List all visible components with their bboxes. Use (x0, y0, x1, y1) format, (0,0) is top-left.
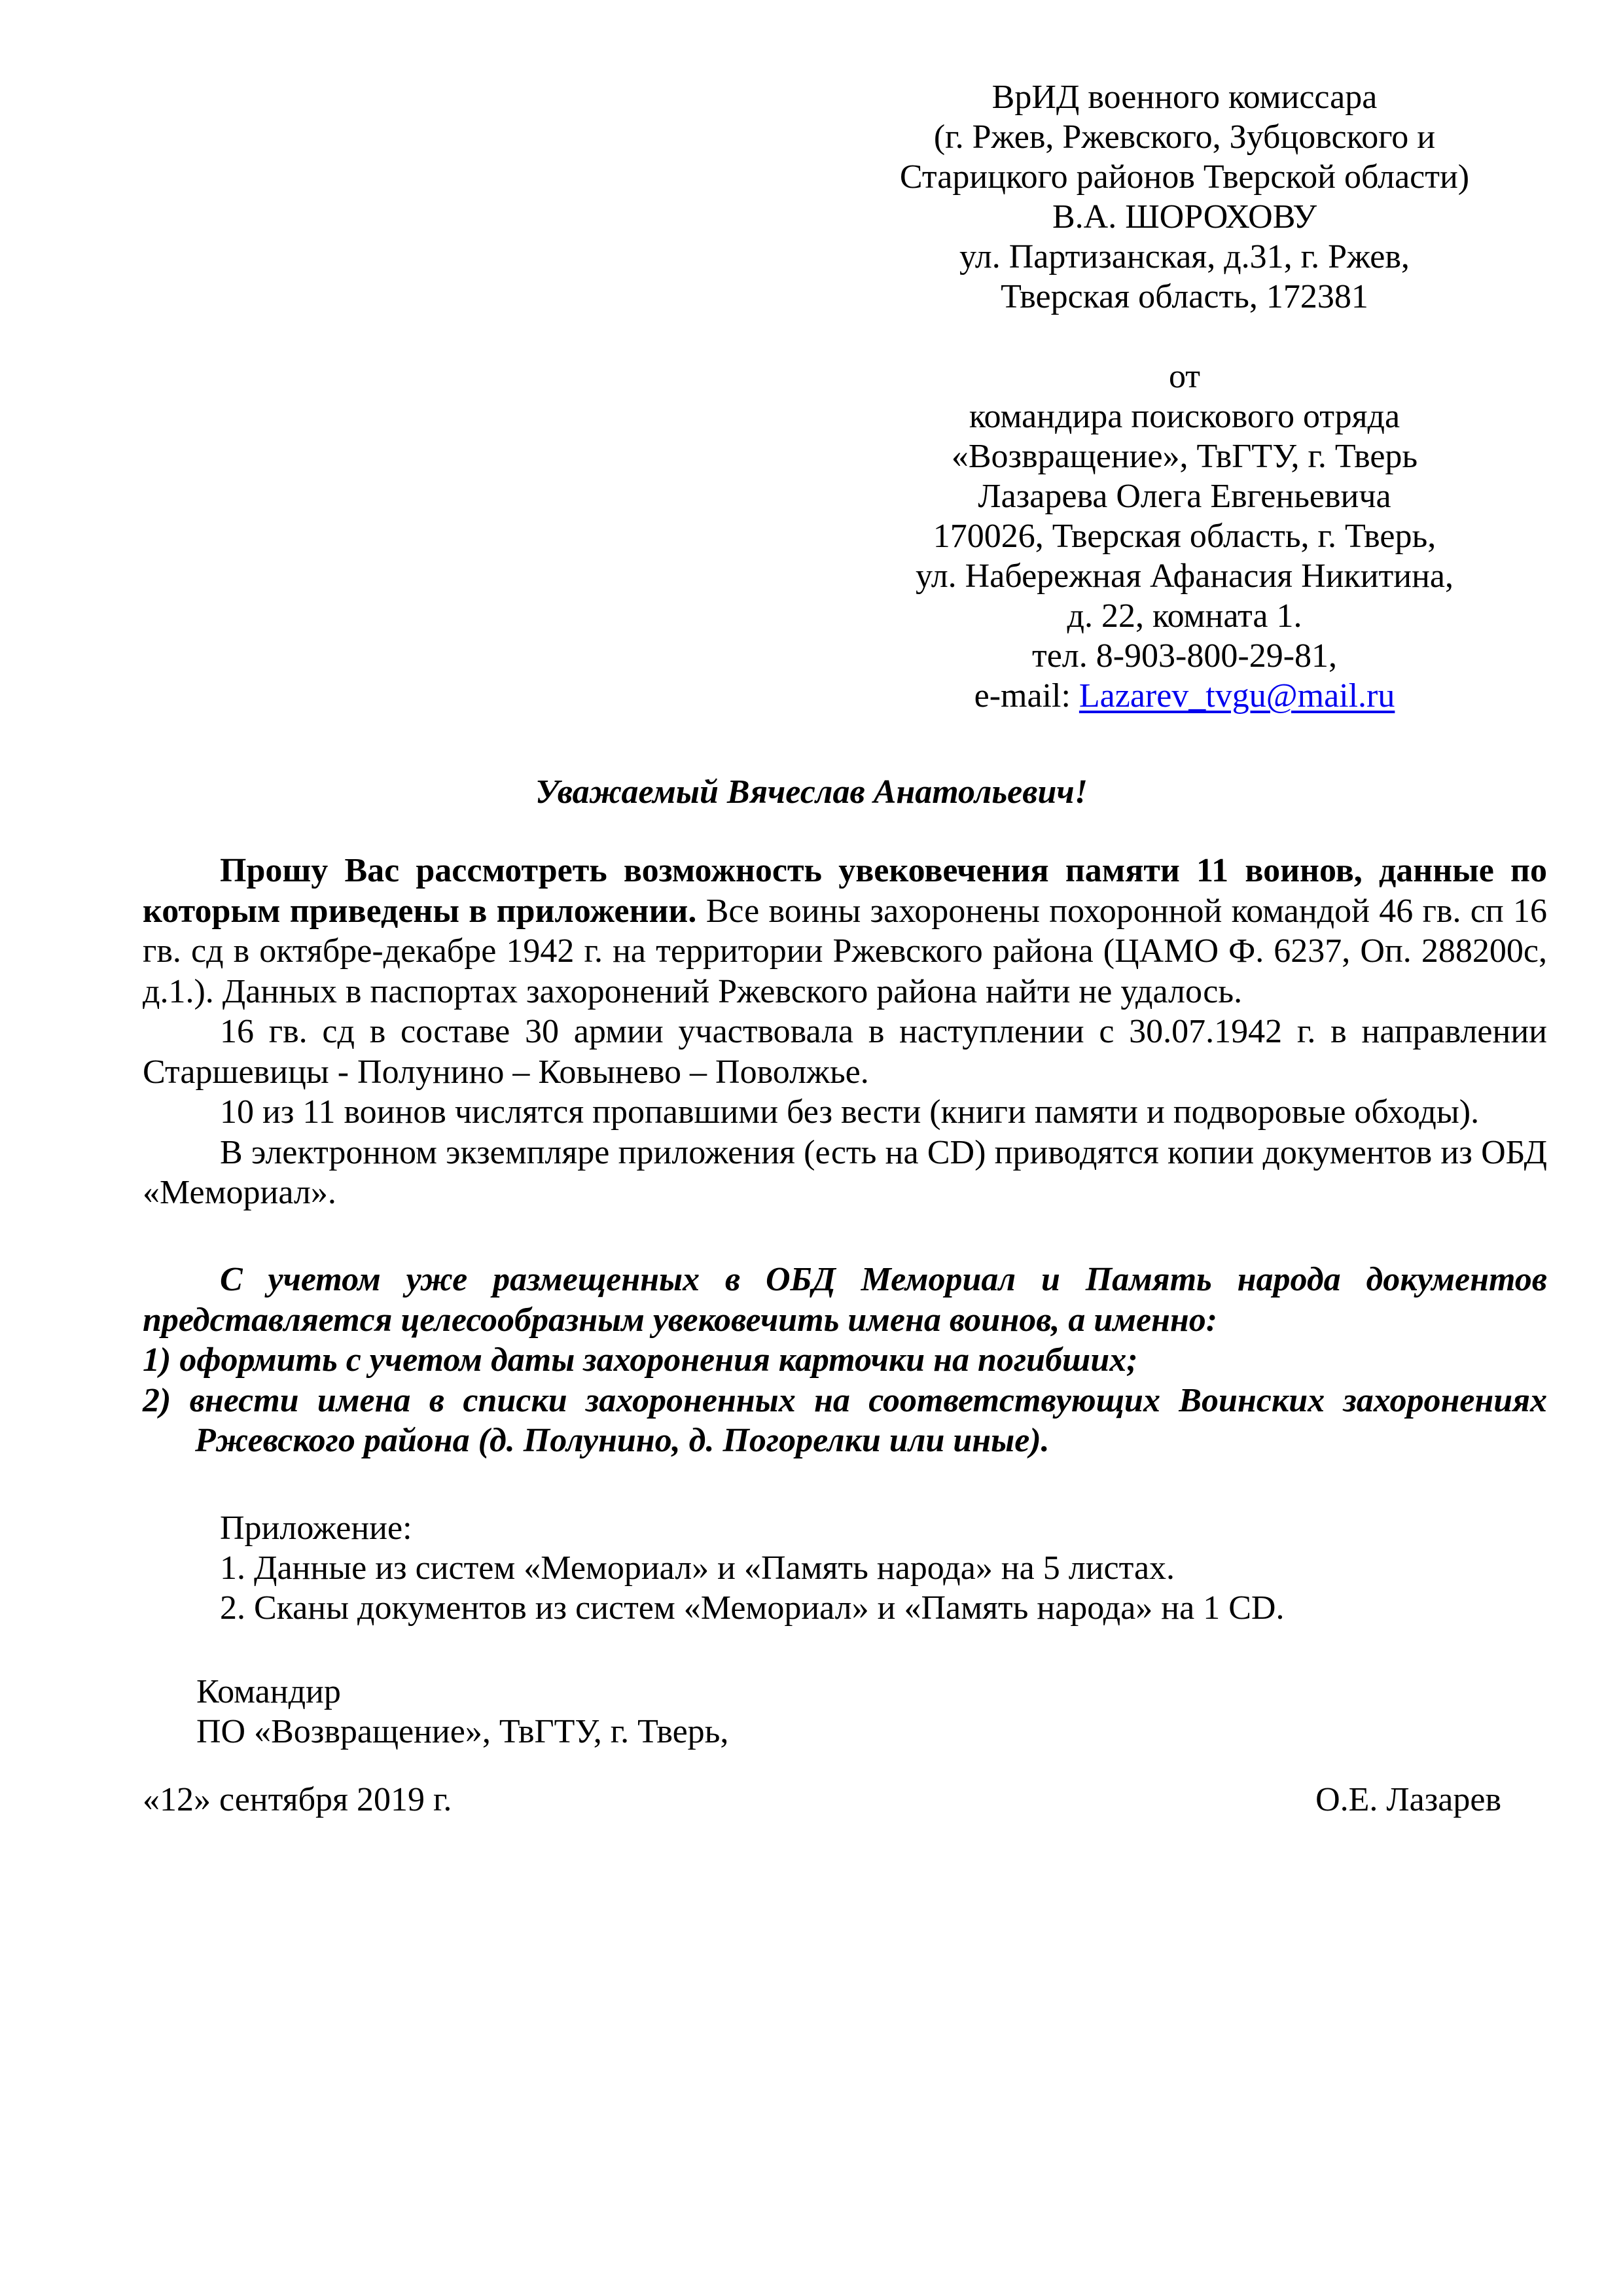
recipient-line: Тверская область, 172381 (844, 277, 1525, 317)
recipient-line: Старицкого районов Тверской области) (844, 157, 1525, 197)
letter-body: Прошу Вас рассмотреть возможность увеков… (143, 851, 1547, 1213)
sender-line: командира поискового отряда (844, 397, 1525, 436)
proposal-item: 2) внести имена в списки захороненных на… (143, 1381, 1547, 1461)
letter-date: «12» сентября 2019 г. (143, 1780, 452, 1820)
sender-line: 170026, Тверская область, г. Тверь, (844, 516, 1525, 556)
proposal-block: С учетом уже размещенных в ОБД Мемориал … (143, 1260, 1547, 1461)
email-label: e-mail: (974, 677, 1079, 715)
appendix-block: Приложение: 1. Данные из систем «Мемориа… (220, 1508, 1284, 1628)
sender-line: тел. 8-903-800-29-81, (844, 636, 1525, 676)
body-paragraph-4: В электронном экземпляре приложения (ест… (143, 1133, 1547, 1213)
signature-block: Командир ПО «Возвращение», ТвГТУ, г. Тве… (196, 1672, 728, 1752)
proposal-item: 1) оформить с учетом даты захоронения ка… (143, 1340, 1547, 1381)
greeting: Уважаемый Вячеслав Анатольевич! (0, 772, 1623, 812)
sender-line: «Возвращение», ТвГТУ, г. Тверь (844, 436, 1525, 476)
from-label: от (844, 357, 1525, 397)
recipient-line: В.А. ШОРОХОВУ (844, 197, 1525, 237)
sender-email-line: e-mail: Lazarev_tvgu@mail.ru (844, 676, 1525, 716)
signer-name: О.Е. Лазарев (1315, 1780, 1501, 1820)
appendix-item: 1. Данные из систем «Мемориал» и «Память… (220, 1548, 1284, 1588)
sender-block: от командира поискового отряда «Возвраще… (844, 357, 1525, 716)
recipient-line: ул. Партизанская, д.31, г. Ржев, (844, 237, 1525, 277)
signer-organization: ПО «Возвращение», ТвГТУ, г. Тверь, (196, 1712, 728, 1752)
appendix-item: 2. Сканы документов из систем «Мемориал»… (220, 1588, 1284, 1628)
body-paragraph-3: 10 из 11 воинов числятся пропавшими без … (143, 1092, 1547, 1133)
sender-line: д. 22, комната 1. (844, 596, 1525, 636)
recipient-line: (г. Ржев, Ржевского, Зубцовского и (844, 117, 1525, 157)
appendix-title: Приложение: (220, 1508, 1284, 1548)
recipient-block: ВрИД военного комиссара (г. Ржев, Ржевск… (844, 77, 1525, 317)
sender-line: Лазарева Олега Евгеньевича (844, 476, 1525, 516)
body-paragraph-2: 16 гв. сд в составе 30 армии участвовала… (143, 1012, 1547, 1092)
body-paragraph-1: Прошу Вас рассмотреть возможность увеков… (143, 851, 1547, 1012)
letter-page: ВрИД военного комиссара (г. Ржев, Ржевск… (0, 0, 1623, 2296)
recipient-line: ВрИД военного комиссара (844, 77, 1525, 117)
proposal-intro: С учетом уже размещенных в ОБД Мемориал … (143, 1260, 1547, 1340)
sender-line: ул. Набережная Афанасия Никитина, (844, 556, 1525, 596)
email-link[interactable]: Lazarev_tvgu@mail.ru (1079, 677, 1395, 715)
signer-position: Командир (196, 1672, 728, 1712)
